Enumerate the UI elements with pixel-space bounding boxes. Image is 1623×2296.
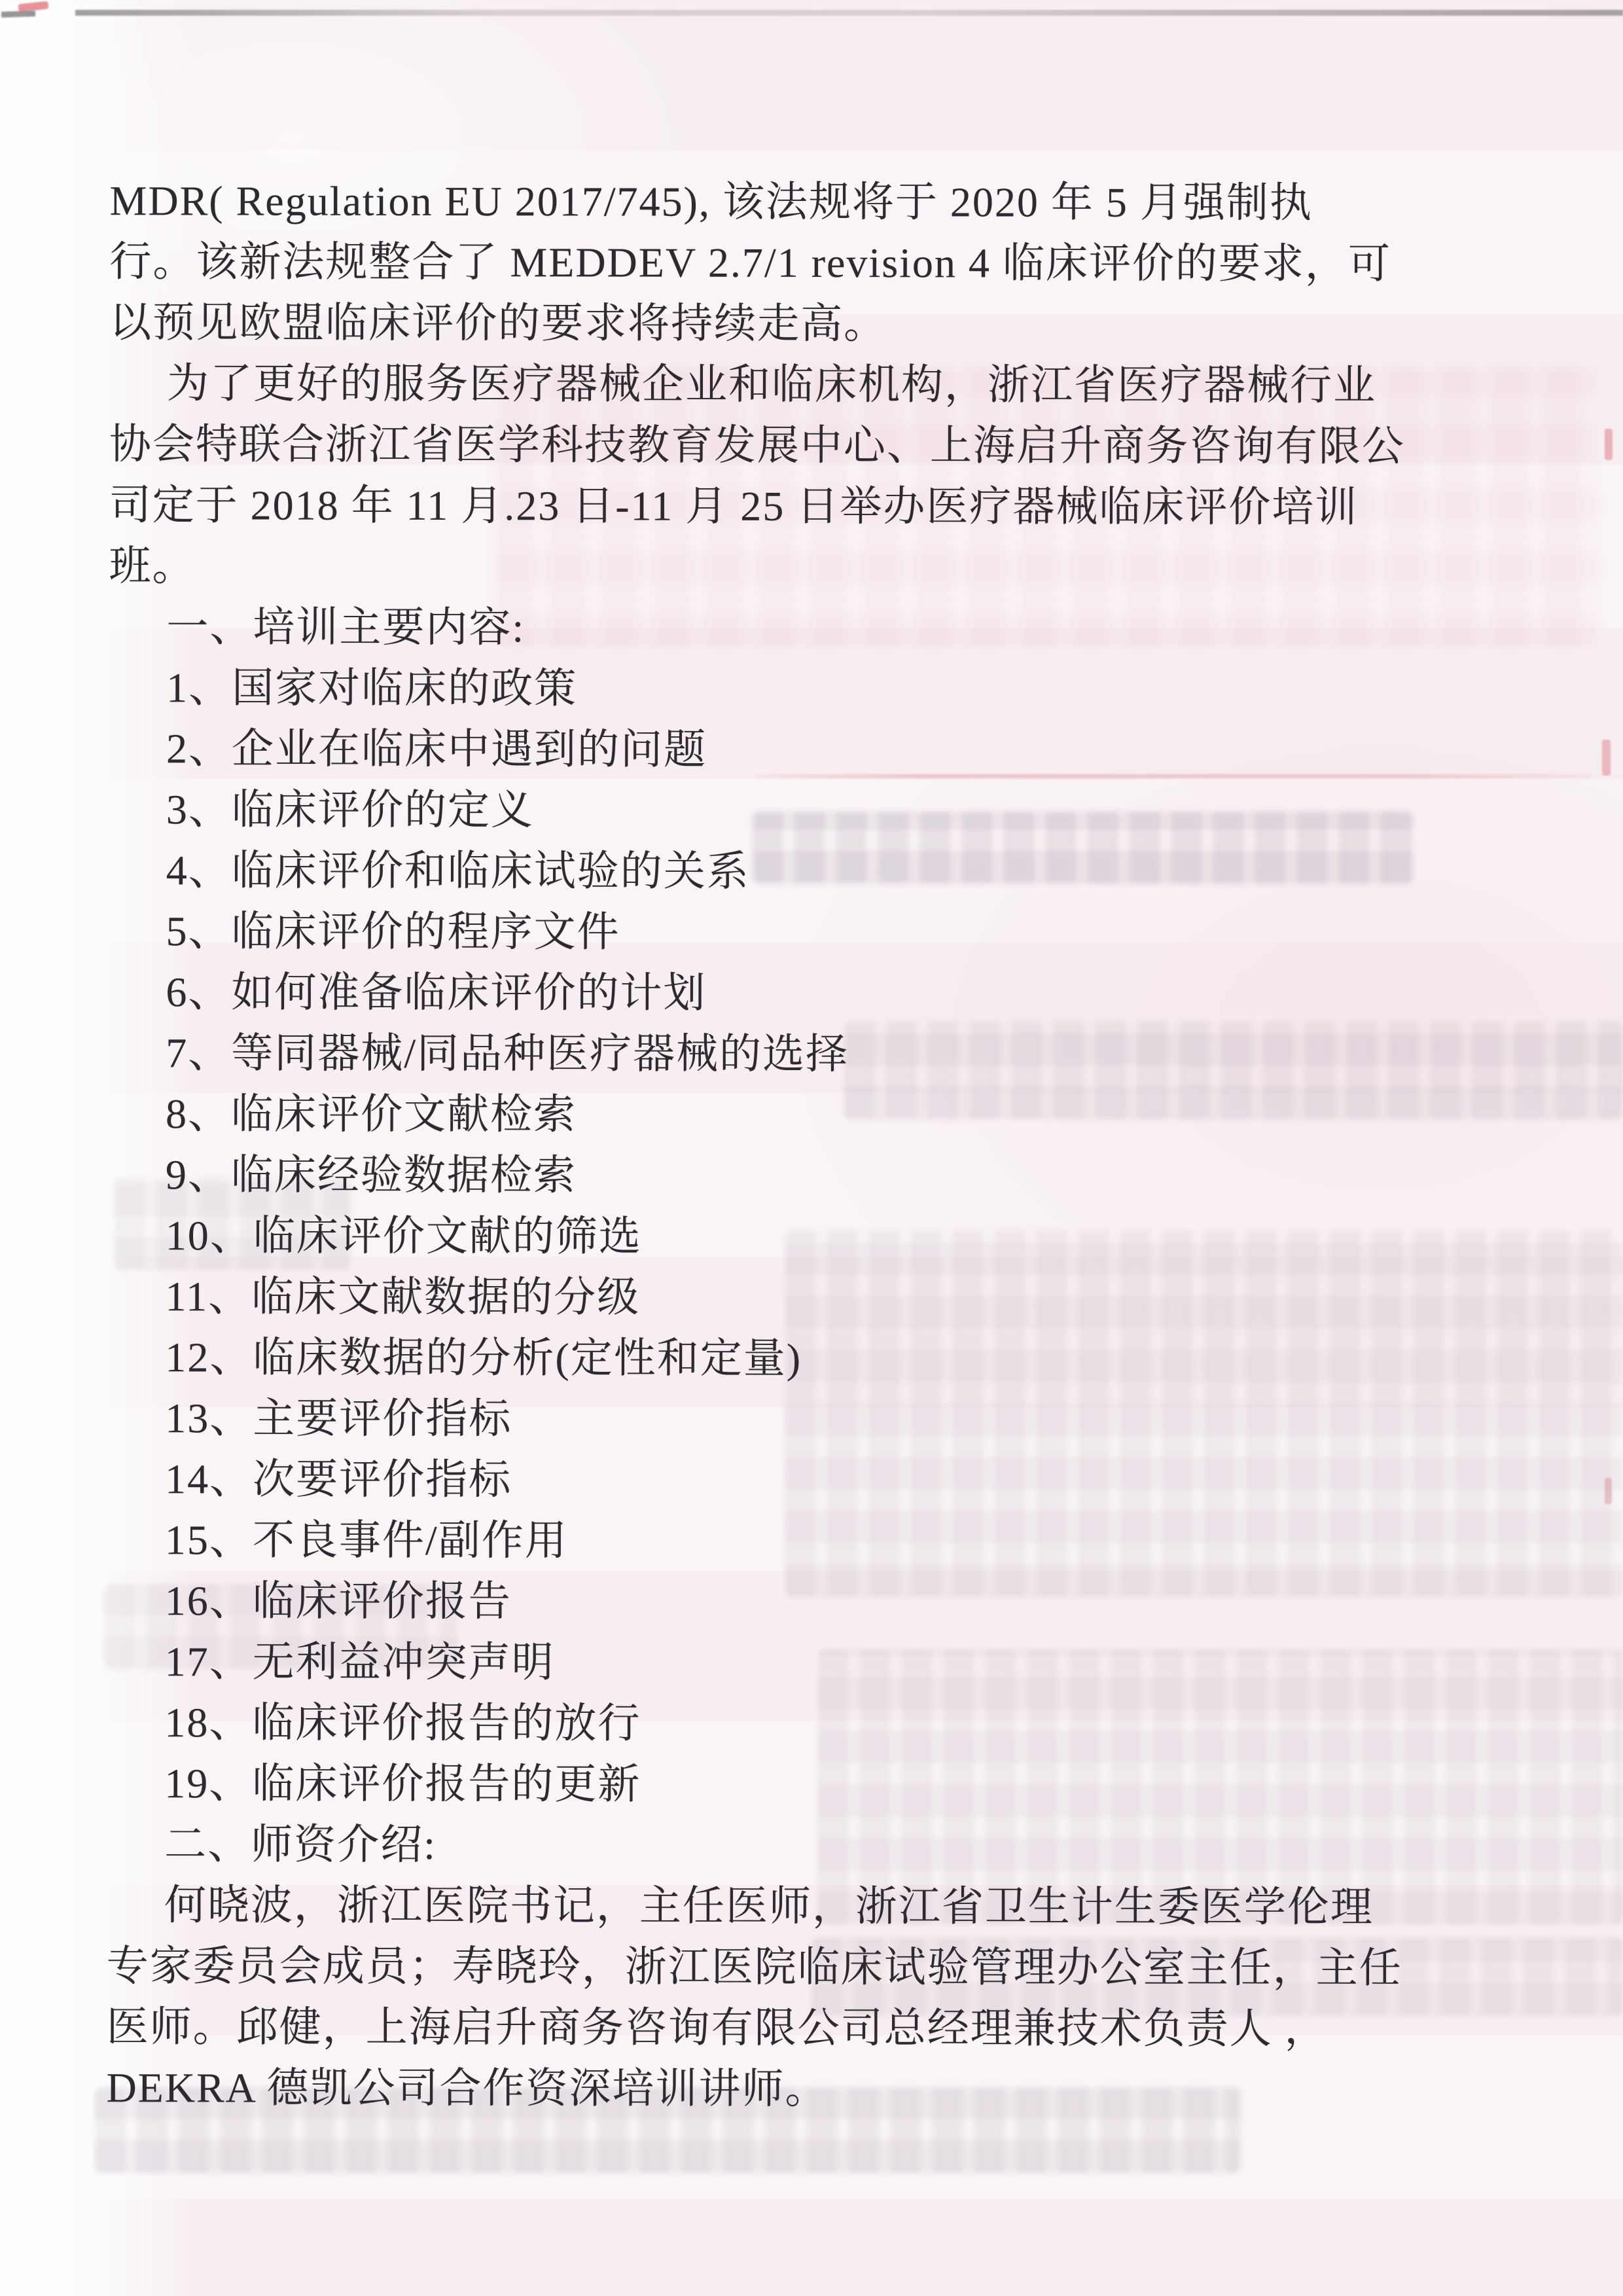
text-line: 以预见欧盟临床评价的要求将持续走高。 — [109, 292, 1510, 355]
scan-top-edge-artifact — [75, 10, 1623, 16]
text-line: 15、不良事件/副作用 — [107, 1509, 1508, 1573]
scan-edge-dash-artifact — [1, 10, 35, 18]
text-line: 医师。邱健，上海启升商务咨询有限公司总经理兼技术负责人 ， — [107, 1996, 1507, 2060]
text-line: 6、如何准备临床评价的计划 — [108, 961, 1508, 1025]
document-body: MDR( Regulation EU 2017/745), 该法规将于 2020… — [106, 170, 1510, 2121]
text-line: 5、临床评价的程序文件 — [108, 901, 1508, 964]
text-line: 16、临床评价报告 — [107, 1570, 1508, 1634]
red-ink-speck — [1605, 429, 1613, 460]
text-line: 10、临床评价文献的筛选 — [108, 1205, 1508, 1268]
text-line: 9、临床经验数据检索 — [108, 1144, 1508, 1208]
text-line: 18、临床评价报告的放行 — [107, 1692, 1507, 1755]
text-line: 19、临床评价报告的更新 — [107, 1753, 1507, 1816]
text-line: 行。该新法规整合了 MEDDEV 2.7/1 revision 4 临床评价的要… — [109, 231, 1510, 295]
text-line: 11、临床文献数据的分级 — [108, 1266, 1508, 1329]
text-line: 13、主要评价指标 — [107, 1388, 1508, 1451]
text-line: 3、临床评价的定义 — [109, 779, 1509, 842]
text-line: 2、企业在临床中遇到的问题 — [109, 718, 1509, 781]
text-line: 4、临床评价和临床试验的关系 — [109, 840, 1509, 903]
scanned-page: MDR( Regulation EU 2017/745), 该法规将于 2020… — [0, 0, 1623, 2296]
text-line: 二、师资介绍: — [107, 1814, 1507, 1877]
text-line: 7、等同器械/同品种医疗器械的选择 — [108, 1022, 1508, 1086]
text-line: 为了更好的服务医疗器械企业和临床机构，浙江省医疗器械行业 — [109, 353, 1510, 416]
text-line: 8、临床评价文献检索 — [108, 1083, 1508, 1147]
text-line: 12、临床数据的分析(定性和定量) — [107, 1327, 1508, 1390]
text-line: 司定于 2018 年 11 月.23 日-11 月 25 日举办医疗器械临床评价… — [109, 475, 1510, 538]
text-line: 协会特联合浙江省医学科技教育发展中心、上海启升商务咨询有限公 — [109, 414, 1510, 477]
text-line: 专家委员会成员；寿晓玲，浙江医院临床试验管理办公室主任，主任 — [107, 1935, 1507, 1999]
text-line: MDR( Regulation EU 2017/745), 该法规将于 2020… — [109, 170, 1510, 234]
text-line: 何晓波，浙江医院书记，主任医师，浙江省卫生计生委医学伦理 — [107, 1874, 1507, 1938]
text-line: 一、培训主要内容: — [109, 596, 1509, 660]
text-line: 1、国家对临床的政策 — [109, 657, 1509, 721]
text-line: 17、无利益冲突声明 — [107, 1631, 1508, 1695]
text-line: 14、次要评价指标 — [107, 1448, 1508, 1512]
scan-left-margin — [0, 0, 98, 2296]
red-ink-speck — [1602, 740, 1611, 776]
text-line: DEKRA 德凯公司合作资深培训讲师。 — [106, 2057, 1507, 2121]
text-line: 班。 — [109, 535, 1509, 599]
